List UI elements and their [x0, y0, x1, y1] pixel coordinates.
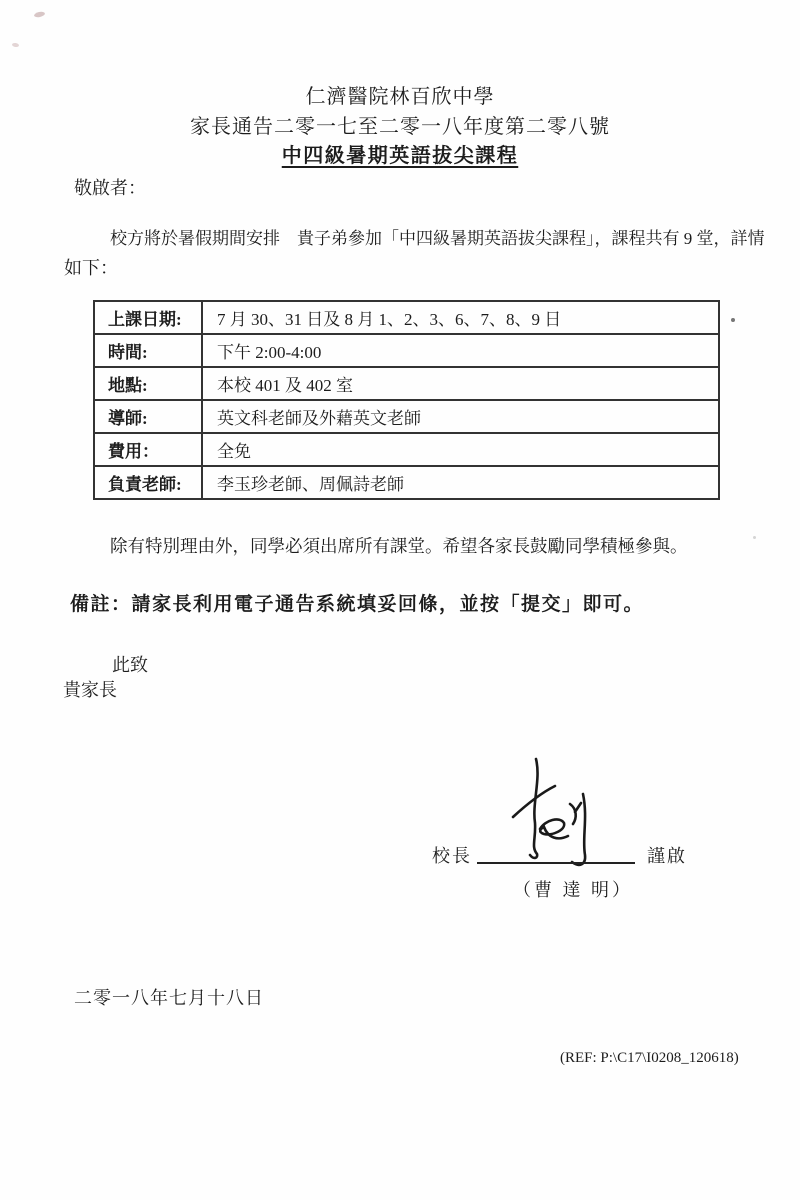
table-row-fee: 費用： 全免: [94, 433, 719, 466]
scan-artifact-speck: [12, 43, 19, 48]
table-row-time: 時間: 下午 2:00-4:00: [94, 334, 719, 367]
row-value: 全免: [202, 433, 719, 466]
closing-recipient: 貴家長: [63, 676, 117, 702]
intro-paragraph-line1: 校方將於暑假期間安排 貴子弟參加「中四級暑期英語拔尖課程」，課程共有 9 堂，詳…: [110, 224, 765, 249]
document-date: 二零一八年七月十八日: [74, 984, 264, 1010]
scan-artifact-speck: [731, 318, 735, 322]
principal-name: （曹 達 明）: [513, 876, 633, 902]
table-row-teachers-in-charge: 負責老師: 李玉珍老師、周佩詩老師: [94, 466, 719, 499]
table-row-tutors: 導師: 英文科老師及外藉英文老師: [94, 400, 719, 433]
course-details-table: 上課日期: 7 月 30、31 日及 8 月 1、2、3、6、7、8、9 日 時…: [93, 300, 720, 500]
signature-role-label: 校長: [432, 842, 472, 868]
intro-paragraph-line2: 如下：: [64, 254, 118, 280]
reference-number: (REF: P:\C17\I0208_120618): [560, 1050, 739, 1067]
row-label: 地點:: [94, 367, 202, 400]
principal-signature-icon: [490, 743, 650, 893]
row-label: 上課日期:: [94, 301, 202, 334]
row-label: 費用：: [94, 433, 202, 466]
notice-number-line: 家長通告二零一七至二零一八年度第二零八號: [0, 110, 800, 139]
row-label: 負責老師:: [94, 466, 202, 499]
attendance-note: 除有特別理由外，同學必須出席所有課堂。希望各家長鼓勵同學積極參與。: [110, 533, 688, 558]
row-label: 時間:: [94, 334, 202, 367]
scan-artifact-speck: [753, 536, 756, 539]
table-row-venue: 地點: 本校 401 及 402 室: [94, 367, 719, 400]
row-value: 李玉珍老師、周佩詩老師: [202, 466, 719, 499]
row-value: 下午 2:00-4:00: [202, 334, 719, 367]
table-row-class-dates: 上課日期: 7 月 30、31 日及 8 月 1、2、3、6、7、8、9 日: [94, 301, 719, 334]
row-value: 英文科老師及外藉英文老師: [202, 400, 719, 433]
signature-line: [477, 862, 635, 864]
scan-artifact-speck: [34, 11, 46, 18]
row-label: 導師:: [94, 400, 202, 433]
remark-line: 備註：請家長利用電子通告系統填妥回條，並按「提交」即可。: [70, 589, 644, 616]
notice-title: 中四級暑期英語拔尖課程: [0, 139, 800, 168]
salutation: 敬啟者：: [74, 174, 146, 200]
scanned-notice-page: 仁濟醫院林百欣中學 家長通告二零一七至二零一八年度第二零八號 中四級暑期英語拔尖…: [0, 0, 800, 1200]
school-name: 仁濟醫院林百欣中學: [0, 80, 800, 109]
row-value: 7 月 30、31 日及 8 月 1、2、3、6、7、8、9 日: [202, 301, 719, 334]
row-value: 本校 401 及 402 室: [202, 367, 719, 400]
signature-suffix-label: 謹啟: [647, 842, 687, 868]
closing-cizhi: 此致: [112, 651, 148, 677]
